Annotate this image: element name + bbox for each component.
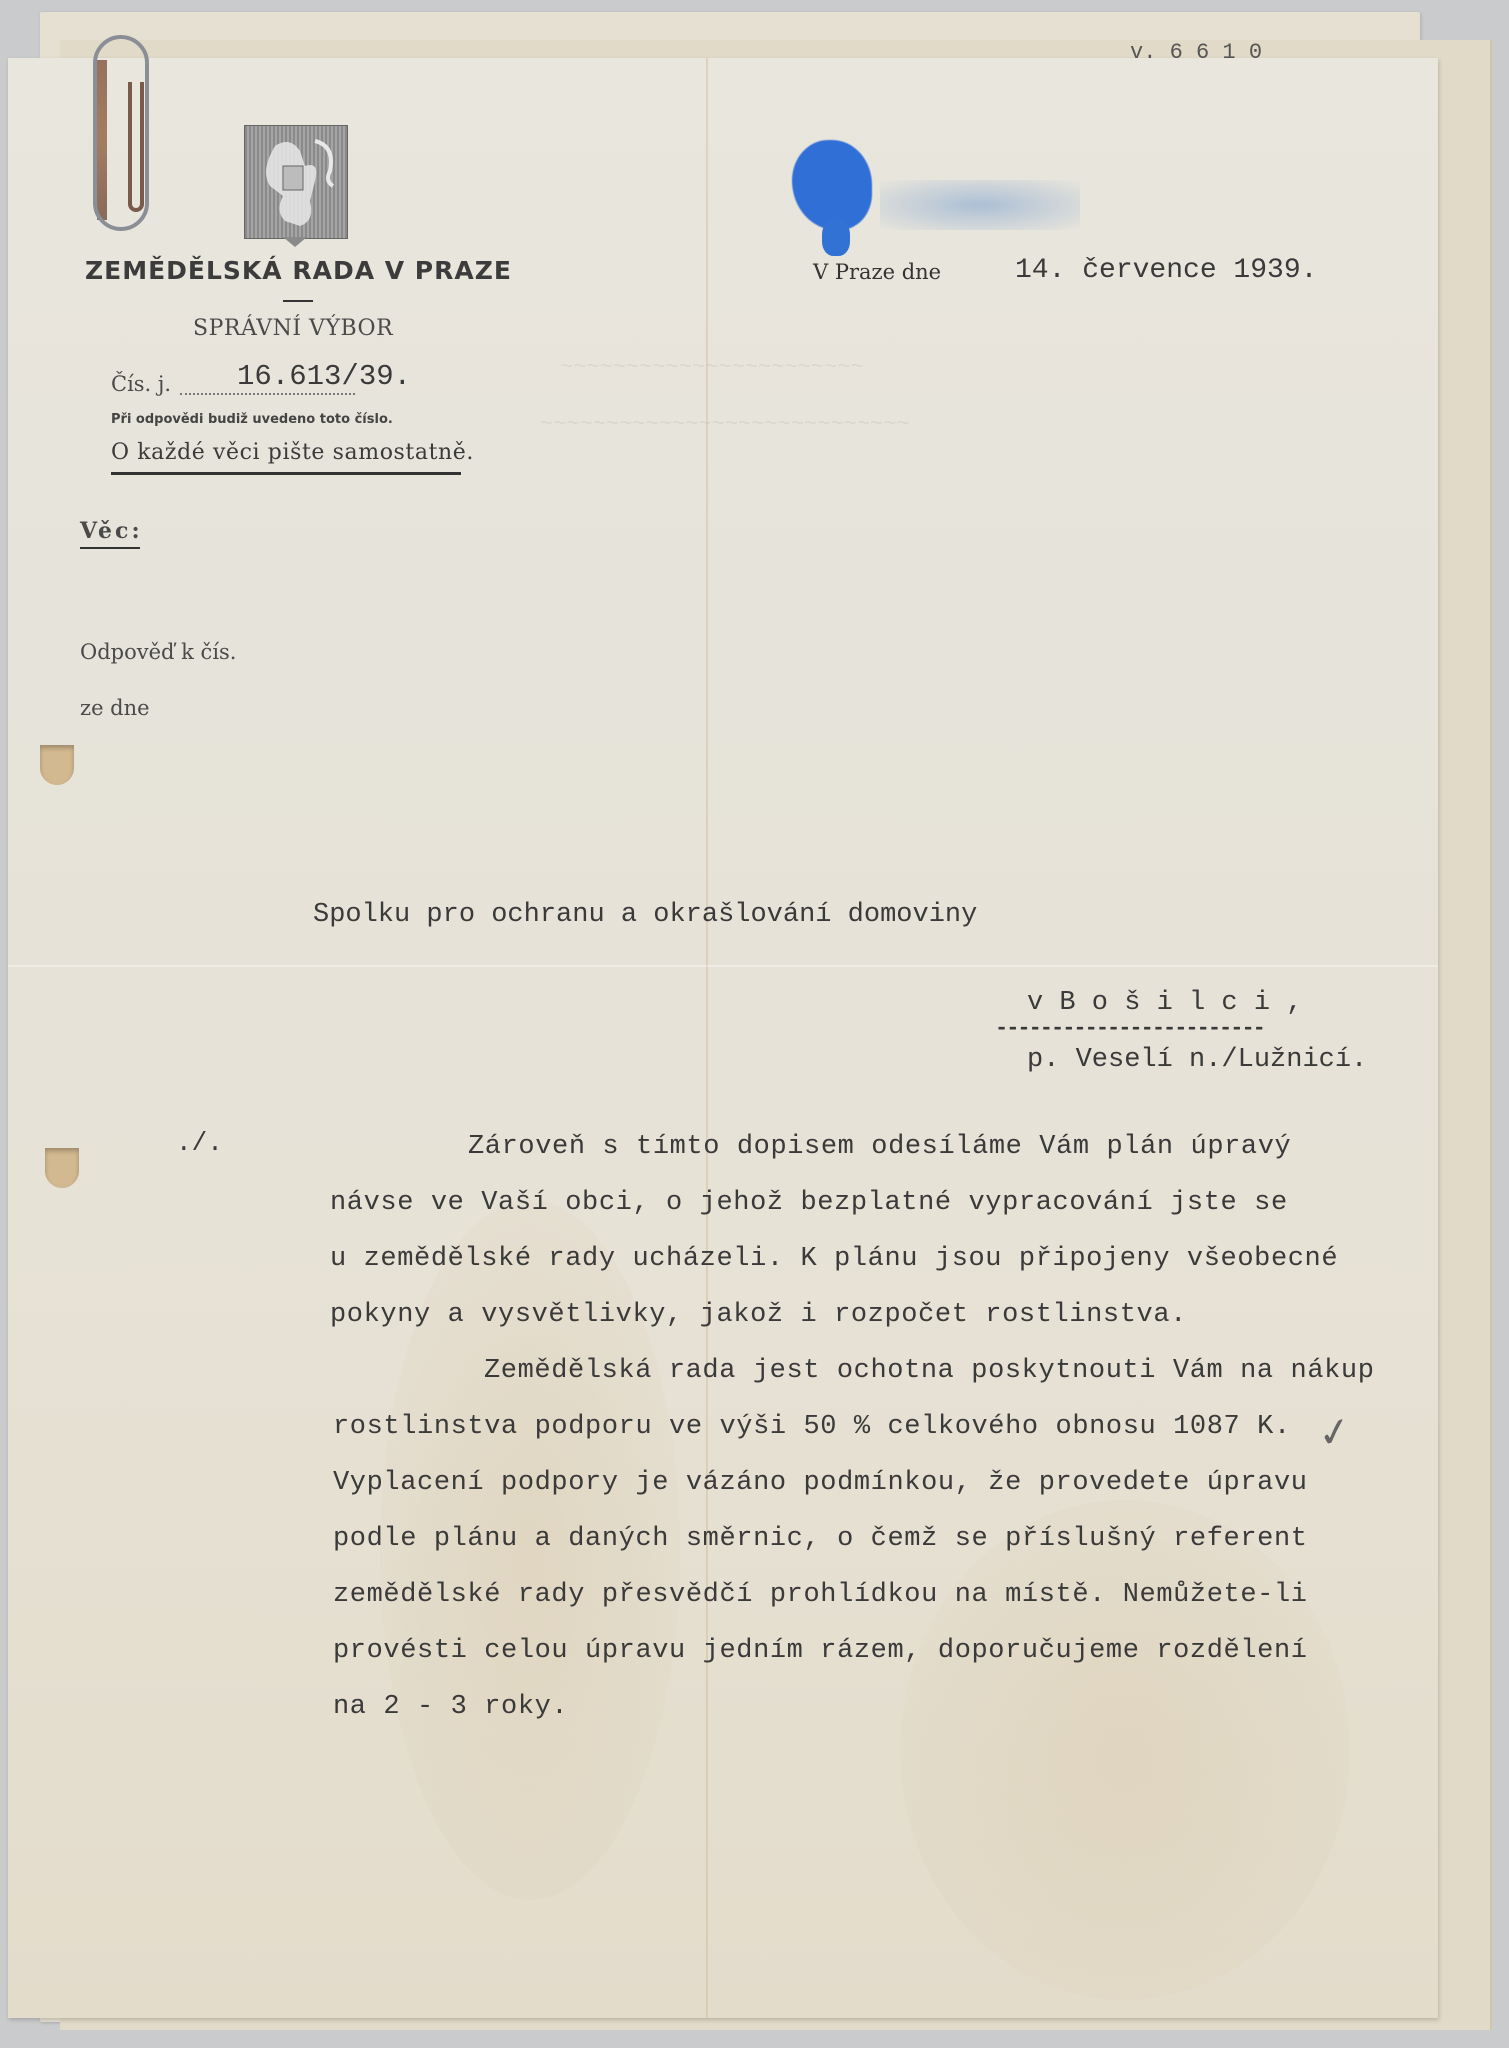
faint-stamp-impression xyxy=(880,180,1080,230)
ref-label: Čís. j. xyxy=(111,372,171,396)
subject-label: Věc: xyxy=(80,518,143,544)
body-line: návse ve Vaší obci, o jehož bezplatné vy… xyxy=(330,1188,1288,1218)
ref-number: 16.613/39. xyxy=(237,360,411,393)
ghost-embossed-text: ~~~~~~~~~~~~~~~~~~~~~~~~~~~~ xyxy=(540,412,910,437)
body-line: rostlinstva podporu ve výši 50 % celkové… xyxy=(333,1412,1291,1442)
coat-of-arms-tip xyxy=(283,237,307,247)
body-line: podle plánu a daných směrnic, o čemž se … xyxy=(333,1524,1308,1554)
ghost-embossed-text: ~~~~~~~~~~~~~~~~~~~~~~~ xyxy=(560,355,864,380)
coat-of-arms-lion-icon xyxy=(244,125,348,239)
punch-hole-bottom xyxy=(45,1148,79,1188)
body-line: zemědělské rady přesvědčí prohlídkou na … xyxy=(333,1580,1308,1610)
blue-ink-stamp-drip xyxy=(822,220,850,256)
horizontal-fold-crease xyxy=(8,965,1438,967)
water-stain xyxy=(900,1500,1350,2000)
punch-hole-top xyxy=(40,745,74,785)
ref-dotted-line xyxy=(180,393,355,395)
paperclip-inner-loop xyxy=(128,82,144,212)
corner-handwritten-note: v. 6 6 1 0 xyxy=(1130,40,1262,65)
body-line: na 2 - 3 roky. xyxy=(333,1692,568,1722)
ref-note: Při odpovědi budiž uvedeno toto číslo. xyxy=(111,412,393,427)
body-line: Vyplacení podpory je vázáno podmínkou, ž… xyxy=(333,1468,1308,1498)
subject-underline xyxy=(80,547,140,549)
letter-date: 14. července 1939. xyxy=(1015,255,1317,286)
recipient-post: p. Veselí n./Lužnicí. xyxy=(1027,1045,1367,1075)
instruction-text: O každé věci pište samostatně. xyxy=(111,440,474,465)
reply-date-label: ze dne xyxy=(80,696,150,720)
organization-name: ZEMĚDĚLSKÁ RADA V PRAZE xyxy=(85,256,512,285)
recipient-separator: ------------------------ xyxy=(995,1016,1264,1041)
vertical-fold-crease xyxy=(706,58,709,2018)
body-line: provésti celou úpravu jedním rázem, dopo… xyxy=(333,1636,1308,1666)
place-label: V Praze dne xyxy=(813,260,941,284)
body-line: u zemědělské rady ucházeli. K plánu jsou… xyxy=(330,1244,1338,1274)
letterhead-divider xyxy=(283,300,313,302)
recipient-name: Spolku pro ochranu a okrašlování domovin… xyxy=(313,900,977,930)
body-line: Zemědělská rada jest ochotna poskytnouti… xyxy=(484,1356,1375,1386)
recipient-town: v B o š i l c i , xyxy=(1027,988,1302,1018)
enclosure-mark: ./. xyxy=(176,1128,223,1158)
department-name: SPRÁVNÍ VÝBOR xyxy=(193,316,393,341)
body-line: pokyny a vysvětlivky, jakož i rozpočet r… xyxy=(330,1300,1187,1330)
body-line: Zároveň s tímto dopisem odesíláme Vám pl… xyxy=(468,1132,1291,1162)
instruction-underline xyxy=(111,472,461,475)
reply-ref-label: Odpověď k čís. xyxy=(80,640,237,664)
